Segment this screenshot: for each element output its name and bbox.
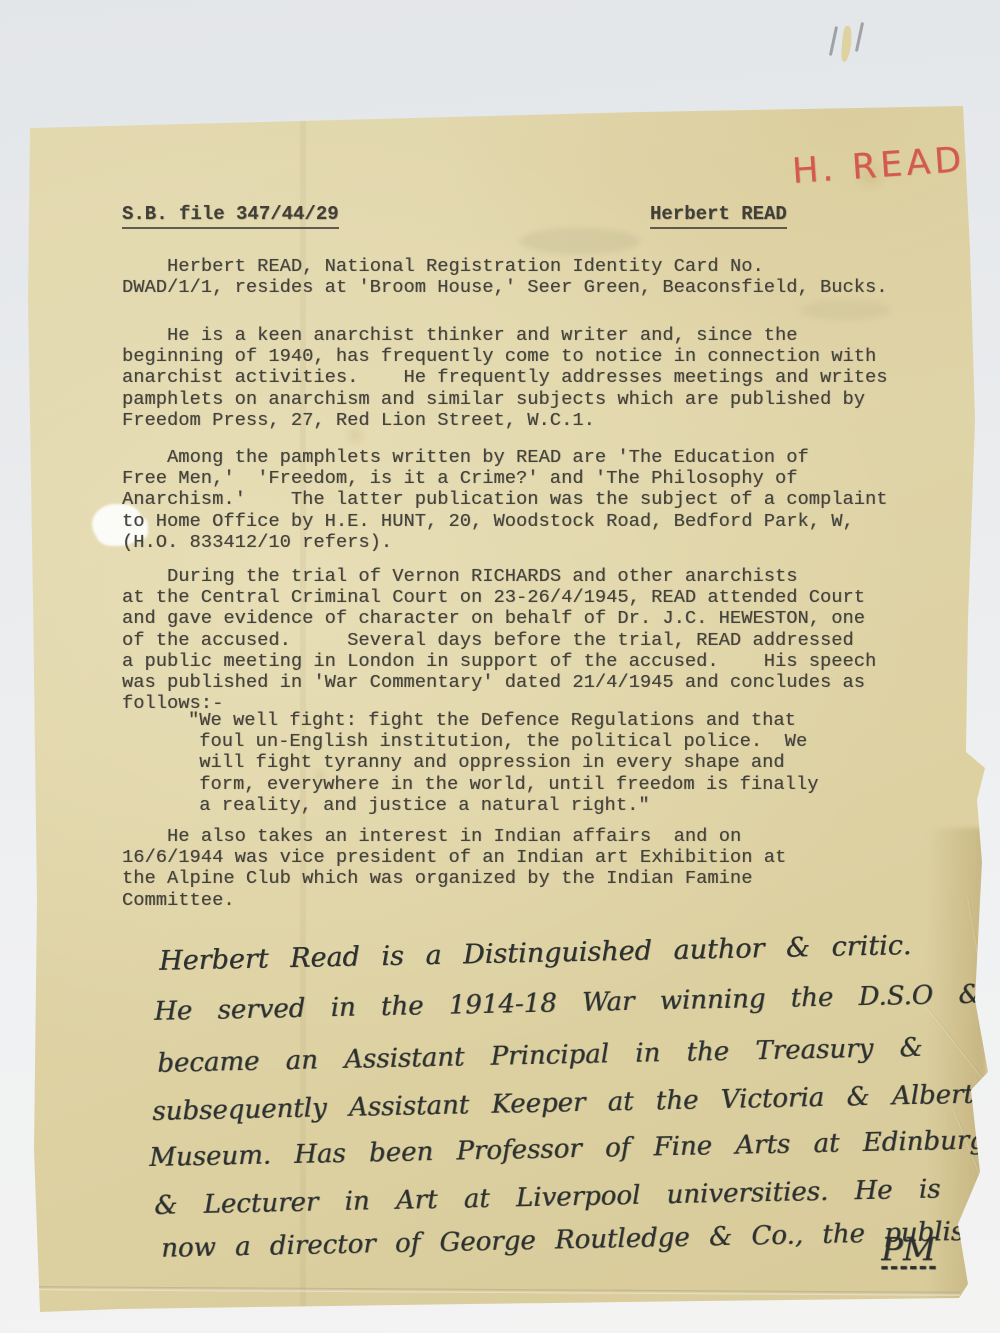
handwritten-initials: PM	[881, 1230, 935, 1268]
handwritten-line: Herbert Read is a Distinguished author &…	[159, 930, 912, 977]
paper-fragment	[840, 26, 853, 63]
handwritten-note: Herbert Read is a Distinguished author &…	[0, 0, 1000, 1333]
handwritten-line: He served in the 1914-18 War winning the…	[154, 978, 1000, 1027]
pen-stroke-icon	[855, 22, 864, 52]
pen-stroke-icon	[829, 26, 838, 56]
handwritten-line: & Lecturer in Art at Liverpool universit…	[154, 1174, 941, 1220]
handwritten-line: now a director of George Routledge & Co.…	[161, 1216, 1000, 1264]
handwritten-line: Museum. Has been Professor of Fine Arts …	[149, 1125, 1000, 1173]
paper-sheet: H. READ S.B. file 347/44/29 Herbert READ…	[0, 0, 1000, 1333]
scanned-document-page: H. READ S.B. file 347/44/29 Herbert READ…	[0, 0, 1000, 1333]
handwritten-line: became an Assistant Principal in the Tre…	[157, 1033, 923, 1079]
handwritten-line: subsequently Assistant Keeper at the Vic…	[152, 1080, 974, 1127]
